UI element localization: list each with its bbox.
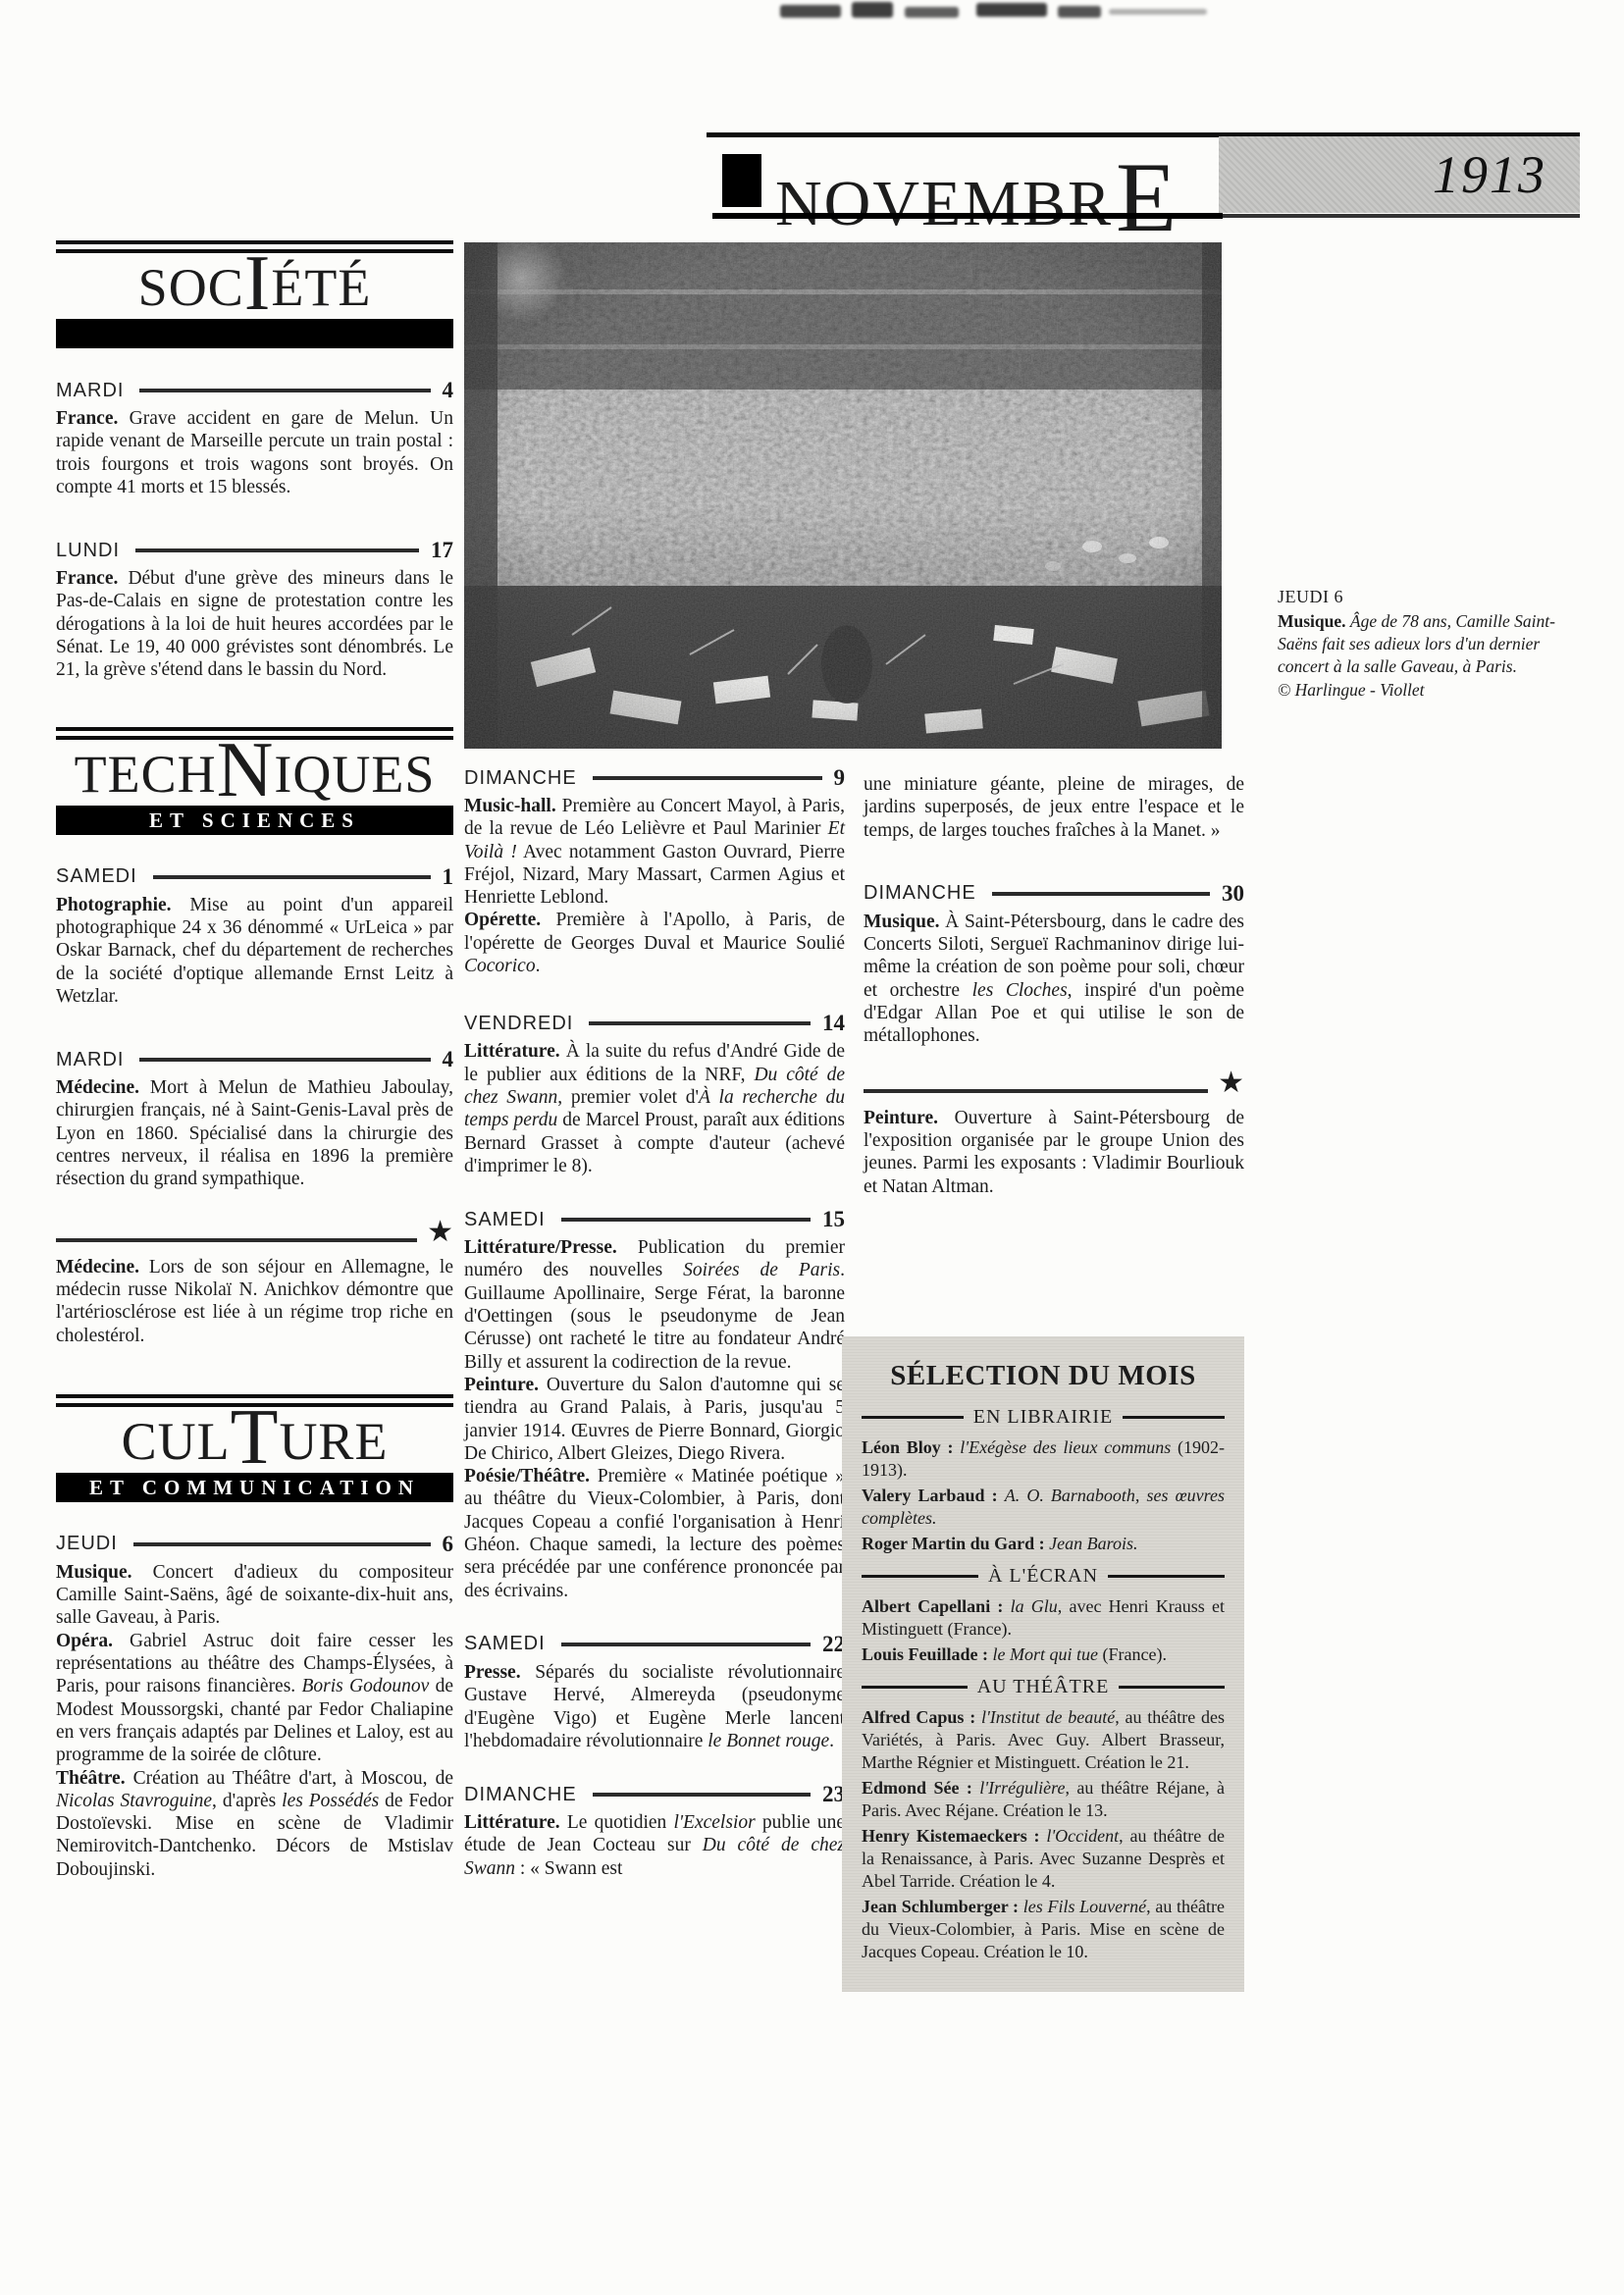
continuation-paragraph: une miniature géante, pleine de mirages,… bbox=[864, 773, 1244, 842]
entry-paragraph: Littérature. À la suite du refus d'André… bbox=[464, 1040, 845, 1177]
heading-rule bbox=[1123, 1416, 1225, 1419]
selection-item: Edmond Sée : l'Irrégulière, au théâtre R… bbox=[862, 1777, 1225, 1822]
entry-day: MARDI bbox=[56, 1049, 124, 1071]
entry-paragraph: Peinture. Ouverture du Salon d'automne q… bbox=[464, 1374, 845, 1465]
entry-header: SAMEDI 22 bbox=[464, 1632, 845, 1657]
month-title-big-letter: E bbox=[1113, 142, 1179, 253]
news-entry-star: ★ Médecine. Lors de son séjour en Allema… bbox=[56, 1230, 453, 1347]
entry-header: DIMANCHE 30 bbox=[864, 881, 1244, 907]
scan-smudge bbox=[1109, 9, 1207, 15]
entry-date-number: 15 bbox=[822, 1207, 845, 1232]
heading-rule bbox=[862, 1575, 978, 1578]
entry-paragraph: Littérature/Presse. Publication du premi… bbox=[464, 1236, 845, 1374]
selection-item: Alfred Capus : l'Institut de beauté, au … bbox=[862, 1706, 1225, 1774]
month-title: NOVEMBRE bbox=[775, 142, 1179, 242]
selection-group-heading: EN LIBRAIRIE bbox=[862, 1406, 1225, 1429]
entry-date-number: 4 bbox=[443, 1047, 454, 1072]
entry-paragraph: France. Grave accident en gare de Melun.… bbox=[56, 407, 453, 498]
entry-rule bbox=[561, 1218, 811, 1222]
entry-header: JEUDI 6 bbox=[56, 1532, 453, 1557]
entry-rule bbox=[133, 1542, 431, 1546]
news-entry: DIMANCHE 30 Musique. À Saint-Pétersbourg… bbox=[864, 881, 1244, 1048]
selection-item: Roger Martin du Gard : Jean Barois. bbox=[862, 1533, 1225, 1555]
entry-paragraph: Médecine. Mort à Melun de Mathieu Jaboul… bbox=[56, 1076, 453, 1190]
entry-header-star: ★ bbox=[56, 1230, 453, 1250]
entry-day: MARDI bbox=[56, 380, 124, 402]
section-header-culture: CULTURE ET COMMUNICATION bbox=[56, 1394, 453, 1502]
magazine-page: NOVEMBRE 1913 bbox=[0, 0, 1624, 2295]
entry-paragraph: Photographie. Mise au point d'un apparei… bbox=[56, 894, 453, 1008]
entry-rule bbox=[56, 1238, 417, 1242]
entry-rule bbox=[139, 389, 430, 392]
entry-header: SAMEDI 15 bbox=[464, 1207, 845, 1232]
masthead-rule-bottom-thin bbox=[1223, 214, 1580, 218]
news-entry: SAMEDI 1 Photographie. Mise au point d'u… bbox=[56, 864, 453, 1008]
center-left-column: DIMANCHE 9 Music-hall. Première au Conce… bbox=[464, 765, 845, 1919]
selection-item: Louis Feuillade : le Mort qui tue (Franc… bbox=[862, 1643, 1225, 1666]
entry-day: VENDREDI bbox=[464, 1013, 573, 1035]
entry-date-number: 14 bbox=[822, 1011, 845, 1036]
scan-smudge bbox=[976, 3, 1047, 17]
selection-title: SÉLECTION DU MOIS bbox=[862, 1360, 1225, 1392]
year-label: 1913 bbox=[1433, 144, 1546, 205]
entry-date-number: 4 bbox=[443, 378, 454, 403]
entry-paragraph: Music-hall. Première au Concert Mayol, à… bbox=[464, 795, 845, 909]
entry-rule bbox=[153, 875, 431, 879]
selection-item: Valery Larbaud : A. O. Barnabooth, ses œ… bbox=[862, 1485, 1225, 1530]
entry-day: DIMANCHE bbox=[464, 1784, 577, 1806]
entry-header: DIMANCHE 9 bbox=[464, 765, 845, 791]
entry-header: LUNDI 17 bbox=[56, 538, 453, 563]
heading-rule bbox=[862, 1686, 968, 1689]
scan-smudge bbox=[852, 2, 893, 18]
entry-rule bbox=[561, 1643, 811, 1646]
concert-hall-photo bbox=[464, 242, 1222, 749]
news-entry-star: ★ Peinture. Ouverture à Saint-Pétersbour… bbox=[864, 1081, 1244, 1198]
star-icon: ★ bbox=[427, 1223, 453, 1242]
entry-paragraph: Presse. Séparés du socialiste révolution… bbox=[464, 1661, 845, 1752]
section-bar: ET SCIENCES bbox=[56, 806, 453, 835]
left-column: SOCIÉTÉ MARDI 4 France. Grave accident e… bbox=[56, 240, 453, 1920]
heading-rule bbox=[862, 1416, 964, 1419]
entry-day: SAMEDI bbox=[56, 865, 137, 888]
entry-rule bbox=[593, 1793, 811, 1797]
photo-caption: JEUDI 6 Musique. Âge de 78 ans, Camille … bbox=[1278, 586, 1574, 702]
entry-date-number: 9 bbox=[834, 765, 846, 791]
heading-rule bbox=[1108, 1575, 1225, 1578]
heading-label: EN LIBRAIRIE bbox=[973, 1406, 1114, 1429]
caption-credit: © Harlingue - Viollet bbox=[1278, 679, 1574, 702]
entry-header: DIMANCHE 23 bbox=[464, 1782, 845, 1807]
entry-paragraph: Peinture. Ouverture à Saint-Pétersbourg … bbox=[864, 1107, 1244, 1198]
year-box: 1913 bbox=[1219, 136, 1580, 213]
news-entry: JEUDI 6 Musique. Concert d'adieux du com… bbox=[56, 1532, 453, 1881]
entry-rule bbox=[135, 548, 419, 552]
heading-label: À L'ÉCRAN bbox=[988, 1565, 1098, 1588]
scan-smudge bbox=[905, 7, 959, 18]
entry-paragraph: Opéra. Gabriel Astruc doit faire cesser … bbox=[56, 1630, 453, 1767]
entry-day: DIMANCHE bbox=[864, 882, 976, 905]
selection-group-heading: À L'ÉCRAN bbox=[862, 1565, 1225, 1588]
news-entry: VENDREDI 14 Littérature. À la suite du r… bbox=[464, 1011, 845, 1177]
entry-rule bbox=[589, 1021, 811, 1025]
caption-body: Musique. Âge de 78 ans, Camille Saint-Sa… bbox=[1278, 610, 1574, 678]
selection-item: Jean Schlumberger : les Fils Louverné, a… bbox=[862, 1896, 1225, 1963]
entry-paragraph: Musique. À Saint-Pétersbourg, dans le ca… bbox=[864, 911, 1244, 1048]
selection-item: Henry Kistemaeckers : l'Occident, au thé… bbox=[862, 1825, 1225, 1893]
masthead: NOVEMBRE 1913 bbox=[707, 103, 1580, 226]
news-entry: DIMANCHE 23 Littérature. Le quotidien l'… bbox=[464, 1782, 845, 1880]
entry-date-number: 6 bbox=[443, 1532, 454, 1557]
month-title-pre: NOVEMBR bbox=[775, 168, 1113, 239]
selection-item: Albert Capellani : la Glu, avec Henri Kr… bbox=[862, 1595, 1225, 1641]
selection-group-heading: AU THÉÂTRE bbox=[862, 1676, 1225, 1698]
heading-label: AU THÉÂTRE bbox=[977, 1676, 1110, 1698]
concert-hall-photo-art bbox=[464, 242, 1222, 749]
entry-paragraph: Poésie/Théâtre. Première « Matinée poéti… bbox=[464, 1465, 845, 1602]
scan-smudge bbox=[780, 5, 841, 18]
section-title-societe: SOCIÉTÉ bbox=[56, 258, 453, 317]
selection-item: Léon Bloy : l'Exégèse des lieux communs … bbox=[862, 1436, 1225, 1482]
entry-rule bbox=[139, 1058, 430, 1062]
section-bar: ET COMMUNICATION bbox=[56, 1473, 453, 1502]
masthead-rule-bottom bbox=[712, 213, 1223, 219]
entry-header-star: ★ bbox=[864, 1081, 1244, 1101]
entry-paragraph: Musique. Concert d'adieux du compositeur… bbox=[56, 1561, 453, 1630]
entry-date-number: 1 bbox=[443, 864, 454, 890]
section-title-culture: CULTURE bbox=[56, 1412, 453, 1471]
entry-paragraph: Théâtre. Création au Théâtre d'art, à Mo… bbox=[56, 1767, 453, 1881]
entry-date-number: 30 bbox=[1222, 881, 1244, 907]
entry-day: JEUDI bbox=[56, 1533, 118, 1555]
section-header-societe: SOCIÉTÉ bbox=[56, 240, 453, 348]
news-entry: MARDI 4 Médecine. Mort à Melun de Mathie… bbox=[56, 1047, 453, 1190]
entry-rule bbox=[864, 1089, 1208, 1093]
section-header-techniques: TECHNIQUES ET SCIENCES bbox=[56, 727, 453, 835]
entry-paragraph: Médecine. Lors de son séjour en Allemagn… bbox=[56, 1256, 453, 1347]
news-entry: DIMANCHE 9 Music-hall. Première au Conce… bbox=[464, 765, 845, 977]
entry-day: DIMANCHE bbox=[464, 767, 577, 790]
heading-rule bbox=[1119, 1686, 1225, 1689]
entry-paragraph: France. Début d'une grève des mineurs da… bbox=[56, 567, 453, 681]
center-right-column: une miniature géante, pleine de mirages,… bbox=[864, 773, 1244, 1237]
entry-header: SAMEDI 1 bbox=[56, 864, 453, 890]
news-entry: MARDI 4 France. Grave accident en gare d… bbox=[56, 378, 453, 498]
caption-day: JEUDI 6 bbox=[1278, 586, 1574, 608]
entry-header: MARDI 4 bbox=[56, 1047, 453, 1072]
entry-rule bbox=[593, 776, 822, 780]
entry-header: MARDI 4 bbox=[56, 378, 453, 403]
news-entry: SAMEDI 22 Presse. Séparés du socialiste … bbox=[464, 1632, 845, 1752]
scan-smudge bbox=[1058, 6, 1101, 18]
section-title-techniques: TECHNIQUES bbox=[56, 745, 453, 804]
entry-day: LUNDI bbox=[56, 540, 120, 562]
entry-day: SAMEDI bbox=[464, 1209, 546, 1231]
news-entry: SAMEDI 15 Littérature/Presse. Publicatio… bbox=[464, 1207, 845, 1602]
entry-header: VENDREDI 14 bbox=[464, 1011, 845, 1036]
entry-paragraph: Littérature. Le quotidien l'Excelsior pu… bbox=[464, 1811, 845, 1880]
entry-date-number: 17 bbox=[431, 538, 453, 563]
entry-rule bbox=[992, 892, 1210, 896]
masthead-square-icon bbox=[722, 154, 761, 207]
star-icon: ★ bbox=[1218, 1073, 1244, 1093]
entry-day: SAMEDI bbox=[464, 1633, 546, 1655]
news-entry: LUNDI 17 France. Début d'une grève des m… bbox=[56, 538, 453, 681]
entry-paragraph: Opérette. Première à l'Apollo, à Paris, … bbox=[464, 909, 845, 977]
selection-du-mois-box: SÉLECTION DU MOIS EN LIBRAIRIE Léon Bloy… bbox=[842, 1336, 1244, 1992]
